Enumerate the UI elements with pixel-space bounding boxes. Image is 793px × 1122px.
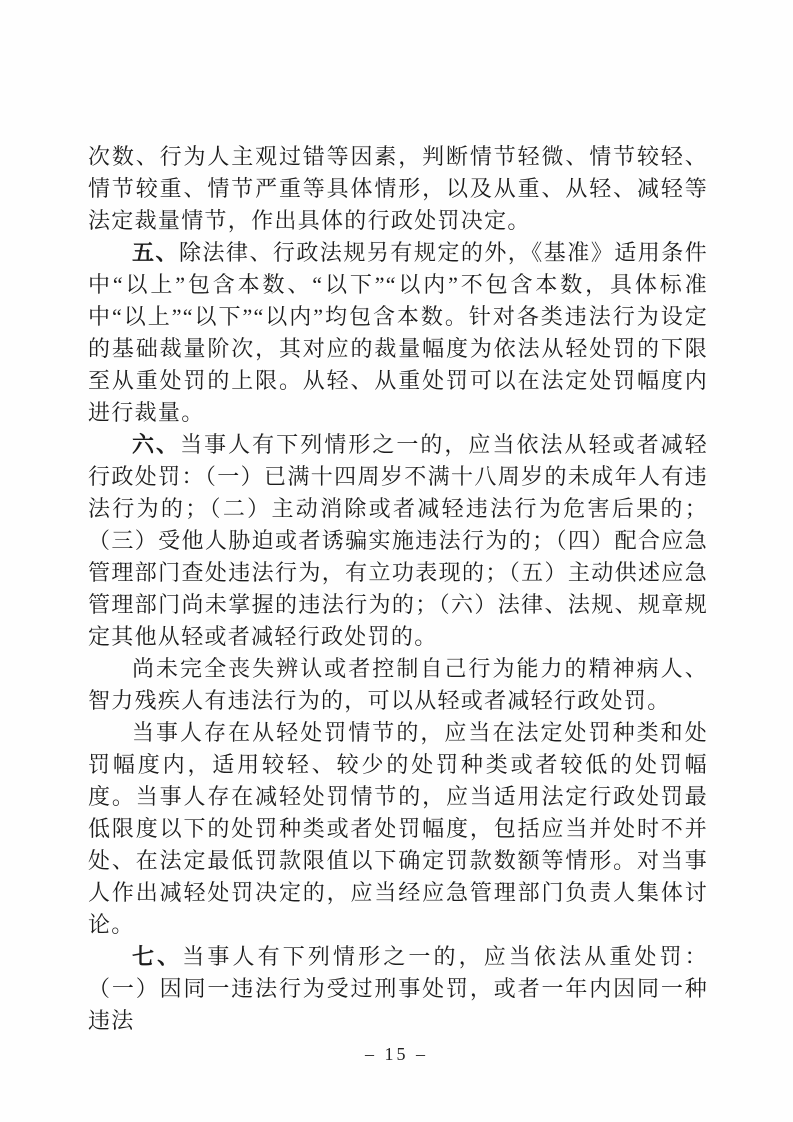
paragraph: 六、当事人有下列情形之一的，应当依法从轻或者减轻行政处罚：（一）已满十四周岁不满… xyxy=(88,429,708,653)
paragraph: 七、当事人有下列情形之一的，应当依法从重处罚：（一）因同一违法行为受过刑事处罚，… xyxy=(88,941,708,1037)
section-number: 六、 xyxy=(132,432,180,457)
document-body: 次数、行为人主观过错等因素，判断情节轻微、情节较轻、情节较重、情节严重等具体情形… xyxy=(88,141,708,1037)
page-footer: – 15 – xyxy=(0,1044,793,1065)
paragraph: 次数、行为人主观过错等因素，判断情节轻微、情节较轻、情节较重、情节严重等具体情形… xyxy=(88,141,708,237)
document-page: 次数、行为人主观过错等因素，判断情节轻微、情节较轻、情节较重、情节严重等具体情形… xyxy=(0,0,793,1122)
paragraph: 尚未完全丧失辨认或者控制自己行为能力的精神病人、智力残疾人有违法行为的，可以从轻… xyxy=(88,653,708,717)
paragraph: 当事人存在从轻处罚情节的，应当在法定处罚种类和处罚幅度内，适用较轻、较少的处罚种… xyxy=(88,717,708,941)
section-number: 五、 xyxy=(132,240,179,265)
paragraph: 五、除法律、行政法规另有规定的外，《基准》适用条件中“以上”包含本数、“以下”“… xyxy=(88,237,708,429)
page-number: – 15 – xyxy=(365,1044,428,1064)
paragraph-text: 除法律、行政法规另有规定的外，《基准》适用条件中“以上”包含本数、“以下”“以内… xyxy=(88,240,708,425)
paragraph-text: 尚未完全丧失辨认或者控制自己行为能力的精神病人、智力残疾人有违法行为的，可以从轻… xyxy=(88,656,708,713)
paragraph-text: 次数、行为人主观过错等因素，判断情节轻微、情节较轻、情节较重、情节严重等具体情形… xyxy=(88,144,708,233)
paragraph-text: 当事人存在从轻处罚情节的，应当在法定处罚种类和处罚幅度内，适用较轻、较少的处罚种… xyxy=(88,720,708,937)
section-number: 七、 xyxy=(132,944,182,969)
paragraph-text: 当事人有下列情形之一的，应当依法从轻或者减轻行政处罚：（一）已满十四周岁不满十八… xyxy=(88,432,708,649)
